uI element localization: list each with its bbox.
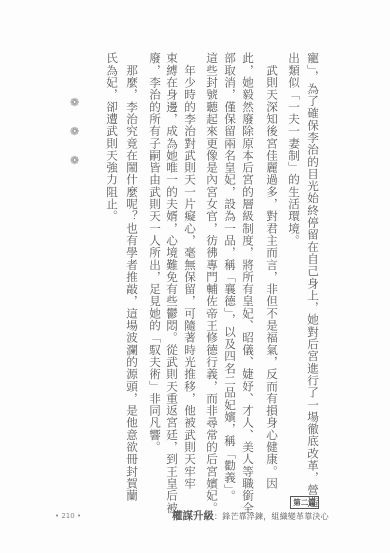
footer-title-main: 權謀升級 xyxy=(172,510,214,522)
text-column-10: 那麼，李治究竟在鬧什麼呢？也有學者推敲，這場波瀾的源頭，是他意欲冊封賀蘭 xyxy=(125,52,139,502)
text-column-2: 出類似「一夫一妻制」的生活環境。 xyxy=(287,52,301,246)
text-column-11: 氏為妃，卻遭武則天強力阻止。 xyxy=(105,52,119,222)
text-column-4: 此，她毅然廢除原本后宮的層級制度，將所有皇妃、昭儀、婕妤、才人、美人等職銜全 xyxy=(241,52,255,514)
text-column-5: 部取消，僅保留兩名皇妃，設為一品，稱「襄德」，以及四名二品妃嬪，稱「勸義」。 xyxy=(223,52,237,502)
text-column-1: 寵」，為了確保李治的目光始終停留在自己身上，她對后宮進行了一場徹底改革，營造 xyxy=(306,52,320,508)
running-footer-title: 權謀升級：鋒芒靠淬鍊，組織變革靠決心 xyxy=(172,508,329,523)
flower-ornament-icon: ❁ xyxy=(70,154,79,167)
text-column-7: 年少時的李治對武則天一片癡心，毫無保留，可隨著時光推移，他被武則天牢牢 xyxy=(183,52,197,489)
text-column-3: 武則天深知後宮佳麗過多，對君主而言，非但不是福氣，反而有損身心健康。因 xyxy=(265,52,279,489)
text-column-6: 這些封號聽起來更像是內宮女官，彷彿專門輔佐帝王修德行義，而非尋常的后宮嬪妃。 xyxy=(205,52,219,514)
text-column-8: 束縛在身邊，成為她唯一的夫婿，心境難免有些鬱悶。從武則天重返宮廷，到王皇后被 xyxy=(165,52,179,514)
footer-title-sub: ：鋒芒靠淬鍊，組織變革靠決心 xyxy=(214,512,329,521)
page-number: • 210 • xyxy=(55,512,81,520)
text-column-9: 廢，李治的所有子嗣皆由武則天一人所出，足見她的「馭夫術」非同凡響。 xyxy=(148,52,162,453)
flower-ornament-icon: ❁ xyxy=(70,125,79,138)
book-page: 寵」，為了確保李治的目光始終停留在自己身上，她對后宮進行了一場徹底改革，營造 出… xyxy=(0,0,390,553)
flower-ornament-icon: ❁ xyxy=(70,96,79,109)
